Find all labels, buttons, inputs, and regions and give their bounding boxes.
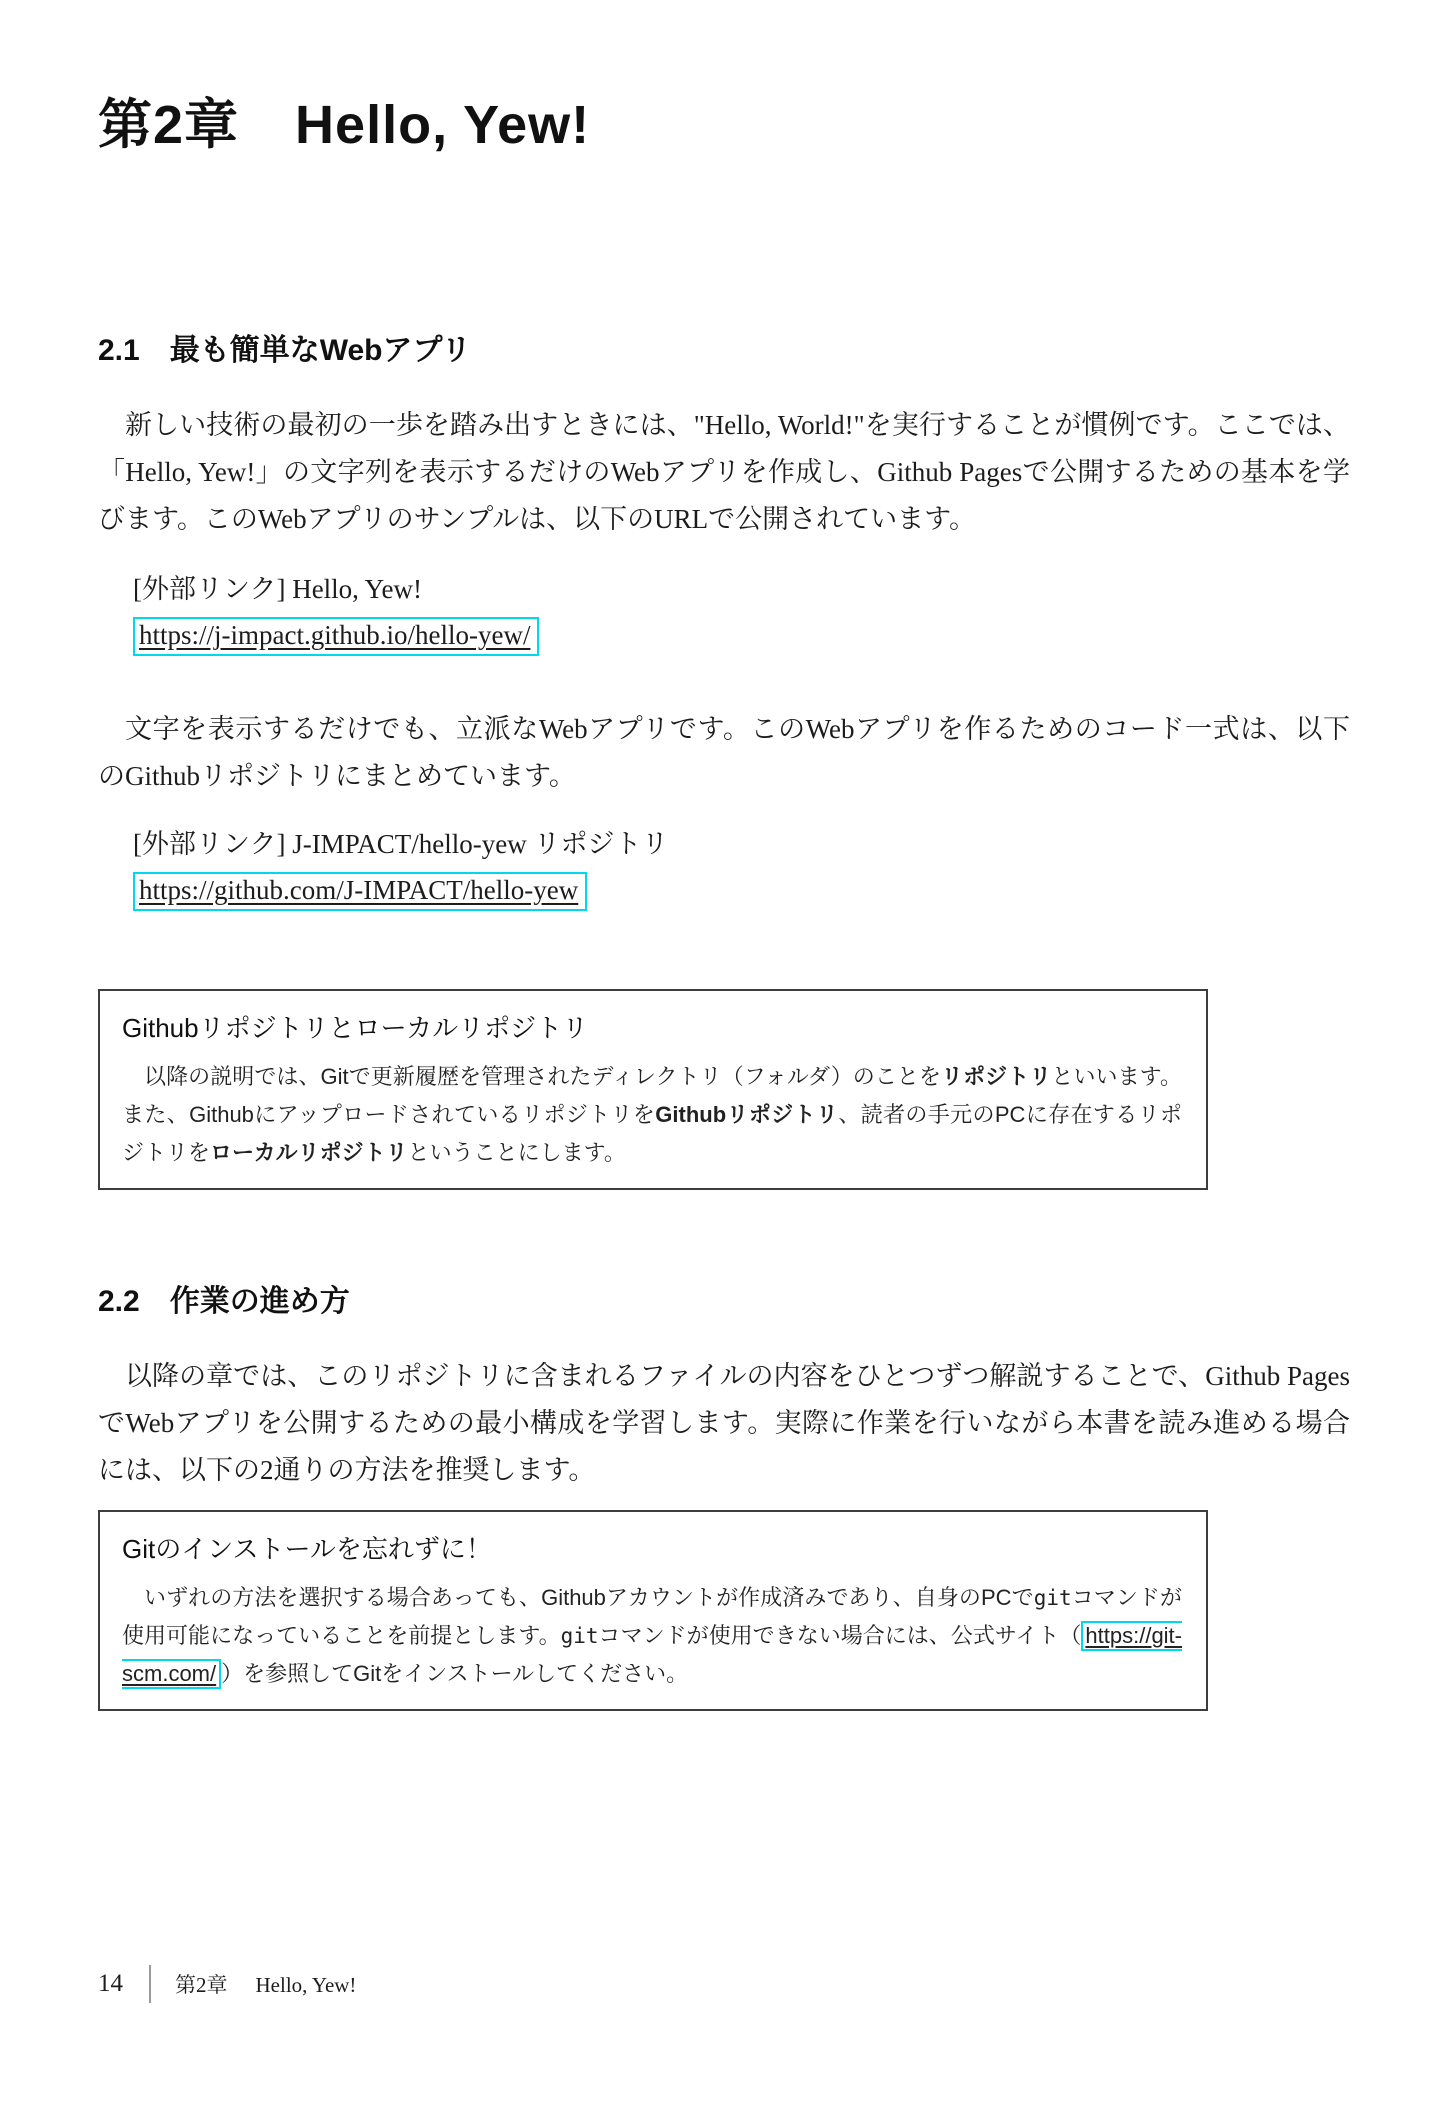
page-footer: 14 第2章 Hello, Yew! <box>98 1964 356 2004</box>
note-body: 以降の説明では、Gitで更新履歴を管理されたディレクトリ（フォルダ）のことをリポ… <box>122 1058 1182 1172</box>
chapter-heading: 第2章 Hello, Yew! <box>98 82 1350 159</box>
paragraph: 新しい技術の最初の一歩を踏み出すときには、"Hello, World!"を実行す… <box>98 402 1350 543</box>
note-text-code: git <box>1034 1586 1072 1610</box>
note-text: ということにします。 <box>408 1140 626 1165</box>
paragraph: 文字を表示するだけでも、立派なWebアプリです。このWebアプリを作るためのコー… <box>98 706 1350 800</box>
note-text-bold: Githubリポジトリ <box>655 1102 838 1127</box>
section-number: 2.1 <box>98 334 140 368</box>
external-link-label: [外部リンク] J-IMPACT/hello-yew リポジトリ <box>133 827 1350 861</box>
chapter-title: Hello, Yew! <box>295 94 590 156</box>
note-text-bold: ローカルリポジトリ <box>210 1140 408 1165</box>
note-text-code: git <box>561 1624 599 1648</box>
page-number: 14 <box>98 1970 123 1998</box>
footer-chapter-label: 第2章 <box>175 1969 228 1999</box>
external-link-url[interactable]: https://github.com/J-IMPACT/hello-yew <box>133 872 587 911</box>
chapter-number: 第2章 <box>98 82 239 159</box>
footer-chapter-title: Hello, Yew! <box>256 1973 357 1998</box>
section-heading-2-1: 2.1 最も簡単なWebアプリ <box>98 325 1350 369</box>
paragraph: 以降の章では、このリポジトリに含まれるファイルの内容をひとつずつ解説することで、… <box>98 1353 1350 1494</box>
footer-divider <box>149 1965 151 2003</box>
section-number: 2.2 <box>98 1285 140 1319</box>
note-text-bold: リポジトリ <box>941 1064 1051 1089</box>
note-body: いずれの方法を選択する場合あっても、Githubアカウントが作成済みであり、自身… <box>122 1579 1182 1693</box>
section-title: 最も簡単なWebアプリ <box>170 325 472 369</box>
book-page: 第2章 Hello, Yew! 2.1 最も簡単なWebアプリ 新しい技術の最初… <box>0 82 1433 1711</box>
note-text: コマンドが使用できない場合には、公式サイト（ <box>599 1623 1082 1648</box>
note-box-git-install: Gitのインストールを忘れずに！ いずれの方法を選択する場合あっても、Githu… <box>98 1510 1208 1711</box>
external-link-block: [外部リンク] J-IMPACT/hello-yew リポジトリ https:/… <box>133 827 1350 911</box>
note-text: いずれの方法を選択する場合あっても、Githubアカウントが作成済みであり、自身… <box>144 1585 1034 1610</box>
note-box-repositories: Githubリポジトリとローカルリポジトリ 以降の説明では、Gitで更新履歴を管… <box>98 989 1208 1190</box>
footer-chapter-reference: 第2章 Hello, Yew! <box>175 1969 356 1999</box>
external-link-label: [外部リンク] Hello, Yew! <box>133 572 1350 606</box>
note-text: 以降の説明では、Gitで更新履歴を管理されたディレクトリ（フォルダ）のことを <box>144 1064 941 1089</box>
note-text: ）を参照してGitをインストールしてください。 <box>221 1661 688 1686</box>
external-link-block: [外部リンク] Hello, Yew! https://j-impact.git… <box>133 572 1350 656</box>
section-heading-2-2: 2.2 作業の進め方 <box>98 1276 1350 1320</box>
note-title: Gitのインストールを忘れずに！ <box>122 1532 1182 1566</box>
section-title: 作業の進め方 <box>170 1276 350 1320</box>
external-link-url[interactable]: https://j-impact.github.io/hello-yew/ <box>133 617 539 656</box>
note-title: Githubリポジトリとローカルリポジトリ <box>122 1011 1182 1045</box>
